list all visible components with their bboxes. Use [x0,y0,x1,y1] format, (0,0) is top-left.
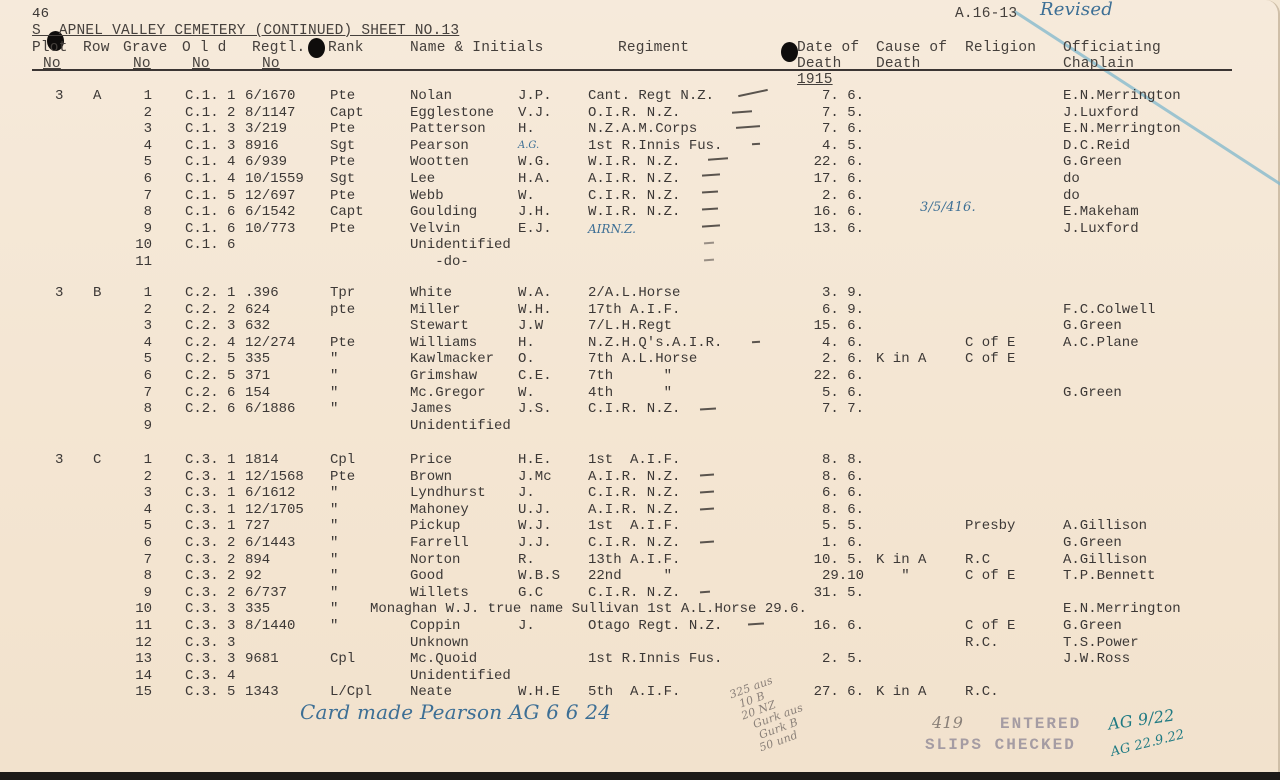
rank: " [330,552,338,568]
page-number: 46 [32,6,49,22]
col-header-regtl: Regtl. [252,40,305,56]
grave-number: 11 [130,618,152,634]
regiment: A.I.R. N.Z. [588,469,680,485]
date-of-death: 5. 5. [806,518,864,534]
officiating-chaplain: E.N.Merrington [1063,121,1181,137]
officiating-chaplain: G.Green [1063,535,1122,551]
handwritten-date-note: 3/5/416. [920,200,976,216]
date-of-death: 7. 7. [806,401,864,417]
regiment: A.I.R. N.Z. [588,502,680,518]
old-number: C.2. 4 [185,335,235,351]
col-header-regiment: Regiment [618,40,689,56]
initials: V.J. [518,105,552,121]
regimental-number: 12/697 [245,188,295,204]
officiating-chaplain: J.W.Ross [1063,651,1130,667]
year-label: 1915 [797,72,833,88]
table-row: 12C.3. 3UnknownR.C.T.S.Power [0,635,1280,651]
grave-number: 4 [130,335,152,351]
grave-number: 7 [130,385,152,401]
regimental-number: 8/1440 [245,618,295,634]
officiating-chaplain: J.Luxford [1063,221,1139,237]
date-of-death: 8. 8. [806,452,864,468]
rank: Pte [330,335,355,351]
grave-number: 5 [130,518,152,534]
regimental-number: .396 [245,285,279,301]
officiating-chaplain: G.Green [1063,154,1122,170]
regiment: O.I.R. N.Z. [588,105,680,121]
grave-number: 14 [130,668,152,684]
regiment: N.Z.A.M.Corps [588,121,697,137]
table-row: 4C.3. 112/1705"MahoneyU.J.A.I.R. N.Z.8. … [0,502,1280,518]
col-header-old: O l d [182,40,227,56]
officiating-chaplain: A.C.Plane [1063,335,1139,351]
date-of-death: 7. 5. [806,105,864,121]
regimental-number: 3/219 [245,121,287,137]
initials: H. [518,335,535,351]
regimental-number: 10/1559 [245,171,304,187]
old-number: C.3. 4 [185,668,235,684]
officiating-chaplain: E.N.Merrington [1063,601,1181,617]
punch-hole [781,42,798,62]
initials: W.H.E [518,684,560,700]
date-of-death: 5. 6. [806,385,864,401]
regimental-number: 12/1705 [245,502,304,518]
rank: " [330,351,338,367]
officiating-chaplain: do [1063,171,1080,187]
table-row: 1C.1. 16/1670PteNolanJ.P.Cant. Regt N.Z.… [0,88,1280,104]
table-row: 5C.3. 1727"PickupW.J.1st A.I.F.5. 5.Pres… [0,518,1280,534]
old-number: C.3. 3 [185,635,235,651]
table-row: 11 -do- [0,254,1280,270]
table-row: 15C.3. 51343L/CplNeateW.H.E5th A.I.F.27.… [0,684,1280,700]
regiment: 1st A.I.F. [588,452,680,468]
table-row: 6C.1. 410/1559SgtLeeH.A.A.I.R. N.Z.17. 6… [0,171,1280,187]
regimental-number: 335 [245,351,270,367]
old-number: C.2. 6 [185,401,235,417]
religion: R.C. [965,684,999,700]
religion: Presby [965,518,1015,534]
soldier-name: Pearson [410,138,469,154]
table-row: 5C.1. 46/939PteWoottenW.G.W.I.R. N.Z.22.… [0,154,1280,170]
col-header-cause-of: Cause of [876,40,947,56]
grave-number: 1 [130,452,152,468]
table-row: 2C.2. 2624pteMillerW.H.17th A.I.F.6. 9.F… [0,302,1280,318]
rank: Pte [330,88,355,104]
officiating-chaplain: F.C.Colwell [1063,302,1155,318]
date-of-death: 22. 6. [806,154,864,170]
grave-number: 9 [130,418,152,434]
soldier-name: Nolan [410,88,452,104]
col-header-officiating: Officiating [1063,40,1161,56]
rank: Cpl [330,651,355,667]
old-number: C.3. 3 [185,651,235,667]
regiment: C.I.R. N.Z. [588,401,680,417]
grave-number: 3 [130,318,152,334]
officiating-chaplain: D.C.Reid [1063,138,1130,154]
cause-of-death: K in A [876,684,926,700]
date-of-death: 8. 6. [806,469,864,485]
officiating-chaplain: A.Gillison [1063,518,1147,534]
rank: Pte [330,221,355,237]
regimental-number: 12/1568 [245,469,304,485]
sheet-reference: A.16-13 [955,6,1017,22]
table-row: 8C.2. 66/1886"JamesJ.S.C.I.R. N.Z.7. 7. [0,401,1280,417]
rank: " [330,601,338,617]
soldier-name: Unidentified [410,668,511,684]
regimental-number: 8916 [245,138,279,154]
soldier-name: Lyndhurst [410,485,486,501]
regiment: C.I.R. N.Z. [588,485,680,501]
regimental-number: 632 [245,318,270,334]
grave-number: 12 [130,635,152,651]
grave-number: 3 [130,121,152,137]
regimental-number: 6/1670 [245,88,295,104]
old-number: C.3. 1 [185,518,235,534]
initials: W.A. [518,285,552,301]
old-number: C.1. 3 [185,121,235,137]
regiment: W.I.R. N.Z. [588,204,680,220]
regimental-number: 1343 [245,684,279,700]
rank: " [330,401,338,417]
old-number: C.3. 1 [185,452,235,468]
initials: A.G. [518,138,539,154]
table-row: 1C.2. 1.396TprWhiteW.A.2/A.L.Horse3. 9. [0,285,1280,301]
officiating-chaplain: G.Green [1063,385,1122,401]
regiment: 7th A.L.Horse [588,351,697,367]
cause-of-death: " [876,568,910,584]
old-number: C.3. 3 [185,618,235,634]
regiment: 13th A.I.F. [588,552,680,568]
initials: H.E. [518,452,552,468]
date-of-death: 10. 5. [806,552,864,568]
rank: Capt [330,105,364,121]
regiment: 7th " [588,368,672,384]
old-number: C.2. 5 [185,351,235,367]
soldier-name: Egglestone [410,105,494,121]
regimental-number: 335 [245,601,270,617]
col-header-date-of: Date of [797,40,859,56]
initials: J. [518,485,535,501]
initials: J.P. [518,88,552,104]
old-number: C.3. 2 [185,535,235,551]
punch-hole [308,38,325,58]
old-number: C.3. 1 [185,485,235,501]
date-of-death: 16. 6. [806,618,864,634]
date-of-death: 3. 9. [806,285,864,301]
scan-edge [0,772,1280,780]
date-of-death: 6. 9. [806,302,864,318]
old-number: C.2. 2 [185,302,235,318]
old-number: C.1. 4 [185,171,235,187]
rank: " [330,368,338,384]
table-row: 3C.3. 16/1612"LyndhurstJ.C.I.R. N.Z.6. 6… [0,485,1280,501]
religion: C of E [965,351,1015,367]
soldier-name: Coppin [410,618,460,634]
initials: W.G. [518,154,552,170]
regimental-number: 9681 [245,651,279,667]
table-row: 4C.1. 38916SgtPearsonA.G.1st R.Innis Fus… [0,138,1280,154]
old-number: C.1. 1 [185,88,235,104]
soldier-name: Mc.Quoid [410,651,477,667]
soldier-name: Pickup [410,518,460,534]
initials: O. [518,351,535,367]
table-row: 7C.3. 2894"NortonR.13th A.I.F.10. 5.K in… [0,552,1280,568]
regimental-number: 6/1443 [245,535,295,551]
regimental-number: 371 [245,368,270,384]
grave-number: 7 [130,188,152,204]
soldier-name: James [410,401,452,417]
table-row: 6C.2. 5371"GrimshawC.E.7th "22. 6. [0,368,1280,384]
table-row: 10C.3. 3335"Monaghan W.J. true name Sull… [0,601,1280,617]
rank: Pte [330,121,355,137]
regiment: 1st A.I.F. [588,518,680,534]
card-made-note: Card made Pearson AG 6 6 24 [300,704,611,720]
regiment: Cant. Regt N.Z. [588,88,714,104]
initials: E.J. [518,221,552,237]
regimental-number: 12/274 [245,335,295,351]
old-number: C.3. 2 [185,585,235,601]
record-sheet: 46 S APNEL VALLEY CEMETERY (CONTINUED) S… [0,0,1280,772]
date-of-death: 7. 6. [806,88,864,104]
soldier-name: Unknown [410,635,469,651]
regimental-number: 624 [245,302,270,318]
rank: " [330,518,338,534]
regimental-number: 894 [245,552,270,568]
old-number: C.2. 3 [185,318,235,334]
grave-number: 8 [130,568,152,584]
soldier-name: Grimshaw [410,368,477,384]
soldier-name: Unidentified [410,237,511,253]
date-of-death: 2. 5. [806,651,864,667]
grave-number: 6 [130,171,152,187]
header-rule [32,69,1232,71]
old-number: C.3. 2 [185,568,235,584]
grave-number: 7 [130,552,152,568]
col-header-grave: Grave [123,40,168,56]
rank: " [330,385,338,401]
regiment: 4th " [588,385,672,401]
initials: W. [518,385,535,401]
entered-initials: AG 9/22 [1107,707,1175,732]
date-of-death: 8. 6. [806,502,864,518]
soldier-name: Miller [410,302,460,318]
initials: R. [518,552,535,568]
soldier-name: Webb [410,188,444,204]
soldier-name: Brown [410,469,452,485]
slips-checked-stamp: SLIPS CHECKED [925,737,1076,753]
soldier-name: Norton [410,552,460,568]
grave-number: 2 [130,469,152,485]
soldier-name: Williams [410,335,477,351]
col-header-rank: Rank [328,40,364,56]
table-row: 13C.3. 39681CplMc.Quoid1st R.Innis Fus.2… [0,651,1280,667]
old-number: C.1. 6 [185,237,235,253]
date-of-death: 29.10 [806,568,864,584]
col-header-plot: Plot [32,40,68,56]
soldier-name: Price [410,452,452,468]
date-of-death: 31. 5. [806,585,864,601]
rank: Pte [330,469,355,485]
cause-of-death: K in A [876,552,926,568]
regimental-number: 8/1147 [245,105,295,121]
date-of-death: 6. 6. [806,485,864,501]
rank: " [330,502,338,518]
grave-number: 11 [130,254,152,270]
table-row: 7C.1. 512/697PteWebbW.C.I.R. N.Z.2. 6.do [0,188,1280,204]
regimental-number: 6/1612 [245,485,295,501]
table-row: 9C.3. 26/737"WilletsG.CC.I.R. N.Z.31. 5. [0,585,1280,601]
initials: J.Mc [518,469,552,485]
initials: W.B.S [518,568,560,584]
grave-number: 4 [130,138,152,154]
old-number: C.1. 3 [185,138,235,154]
regiment: 7/L.H.Regt [588,318,672,334]
regimental-number: 154 [245,385,270,401]
date-of-death: 15. 6. [806,318,864,334]
grave-number: 1 [130,88,152,104]
officiating-chaplain: J.Luxford [1063,105,1139,121]
table-row: 8C.3. 292"GoodW.B.S22nd "29.10 "C of ET.… [0,568,1280,584]
officiating-chaplain: T.S.Power [1063,635,1139,651]
rank: Cpl [330,452,355,468]
regiment: C.I.R. N.Z. [588,585,680,601]
rank: " [330,585,338,601]
grave-number: 5 [130,351,152,367]
rank: Sgt [330,171,355,187]
soldier-name: Lee [410,171,435,187]
old-number: C.2. 1 [185,285,235,301]
old-number: C.3. 3 [185,601,235,617]
old-number: C.3. 5 [185,684,235,700]
old-number: C.3. 2 [185,552,235,568]
initials: J.W [518,318,543,334]
soldier-name: Goulding [410,204,477,220]
soldier-name: Mahoney [410,502,469,518]
date-of-death: 7. 6. [806,121,864,137]
checked-initials: AG 22.9.22 [1109,727,1186,761]
initials: W.J. [518,518,552,534]
soldier-name: Stewart [410,318,469,334]
date-of-death: 2. 6. [806,351,864,367]
officiating-chaplain: T.P.Bennett [1063,568,1155,584]
table-row: 11C.3. 38/1440"CoppinJ.Otago Regt. N.Z.1… [0,618,1280,634]
initials: J.J. [518,535,552,551]
initials: U.J. [518,502,552,518]
date-of-death: 4. 5. [806,138,864,154]
soldier-name: Good [410,568,444,584]
old-number: C.2. 5 [185,368,235,384]
regimental-number: 10/773 [245,221,295,237]
grave-number: 4 [130,502,152,518]
religion: R.C. [965,635,999,651]
soldier-name: Mc.Gregor [410,385,486,401]
initials: J.H. [518,204,552,220]
old-number: C.1. 6 [185,221,235,237]
date-of-death: 4. 6. [806,335,864,351]
regiment: 5th A.I.F. [588,684,680,700]
regiment: 17th A.I.F. [588,302,680,318]
table-row: 7C.2. 6154"Mc.GregorW.4th "5. 6.G.Green [0,385,1280,401]
initials: J. [518,618,535,634]
rank: Sgt [330,138,355,154]
date-of-death: 27. 6. [806,684,864,700]
col-header-religion: Religion [965,40,1036,56]
regiment: C.I.R. N.Z. [588,535,680,551]
soldier-name: Velvin [410,221,460,237]
table-row: 3C.2. 3632StewartJ.W7/L.H.Regt15. 6.G.Gr… [0,318,1280,334]
revised-note: Revised [1040,2,1113,18]
regimental-number: 1814 [245,452,279,468]
table-row: 1C.3. 11814CplPriceH.E.1st A.I.F.8. 8. [0,452,1280,468]
initials: J.S. [518,401,552,417]
grave-number: 2 [130,302,152,318]
regiment: A.I.R. N.Z. [588,171,680,187]
regiment: 2/A.L.Horse [588,285,680,301]
religion: C of E [965,568,1015,584]
initials: W. [518,188,535,204]
date-of-death: 2. 6. [806,188,864,204]
sheet-title: S APNEL VALLEY CEMETERY (CONTINUED) SHEE… [32,23,459,39]
religion: C of E [965,335,1015,351]
old-number: C.1. 5 [185,188,235,204]
table-row: 5C.2. 5335"KawlmackerO.7th A.L.Horse2. 6… [0,351,1280,367]
soldier-name: Wootten [410,154,469,170]
regiment: 1st R.Innis Fus. [588,651,722,667]
old-number: C.3. 1 [185,469,235,485]
soldier-name: Kawlmacker [410,351,494,367]
rank: " [330,535,338,551]
regimental-number: 6/737 [245,585,287,601]
rank: " [330,485,338,501]
cause-of-death: K in A [876,351,926,367]
grave-number: 10 [130,237,152,253]
soldier-name: Neate [410,684,452,700]
regimental-number: 6/1542 [245,204,295,220]
date-of-death: 13. 6. [806,221,864,237]
old-number: C.3. 1 [185,502,235,518]
table-row: 3C.1. 33/219PtePattersonH.N.Z.A.M.Corps7… [0,121,1280,137]
table-row: 6C.3. 26/1443"FarrellJ.J.C.I.R. N.Z.1. 6… [0,535,1280,551]
grave-number: 13 [130,651,152,667]
soldier-name: -do- [410,254,469,270]
regiment: 22nd " [588,568,672,584]
table-row: 9C.1. 610/773PteVelvinE.J.AIRN.Z.13. 6.J… [0,221,1280,237]
table-row: 2C.1. 28/1147CaptEgglestoneV.J.O.I.R. N.… [0,105,1280,121]
old-number: C.2. 6 [185,385,235,401]
table-row: 8C.1. 66/1542CaptGouldingJ.H.W.I.R. N.Z.… [0,204,1280,220]
grave-number: 15 [130,684,152,700]
officiating-chaplain: G.Green [1063,618,1122,634]
old-number: C.1. 4 [185,154,235,170]
entered-stamp: ENTERED [1000,716,1081,732]
rank: Capt [330,204,364,220]
regiment: 1st R.Innis Fus. [588,138,722,154]
table-row: 2C.3. 112/1568PteBrownJ.McA.I.R. N.Z.8. … [0,469,1280,485]
date-of-death: 17. 6. [806,171,864,187]
grave-number: 10 [130,601,152,617]
officiating-chaplain: E.N.Merrington [1063,88,1181,104]
initials: G.C [518,585,543,601]
rank: " [330,568,338,584]
table-row: 4C.2. 412/274PteWilliamsH.N.Z.H.Q's.A.I.… [0,335,1280,351]
rank: pte [330,302,355,318]
col-header-row: Row [83,40,110,56]
officiating-chaplain: E.Makeham [1063,204,1139,220]
table-row: 9Unidentified [0,418,1280,434]
religion: R.C [965,552,990,568]
soldier-name: Patterson [410,121,486,137]
pencil-number: 419 [932,715,963,731]
